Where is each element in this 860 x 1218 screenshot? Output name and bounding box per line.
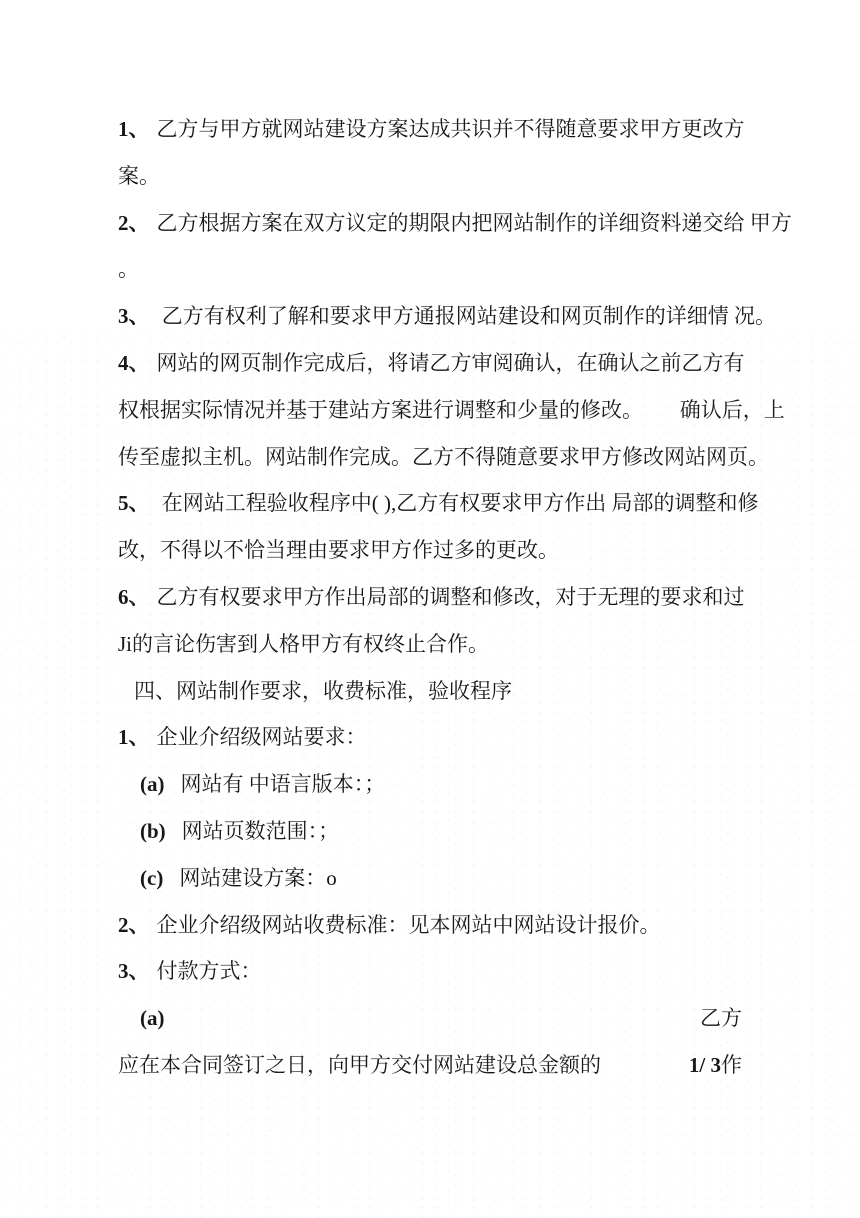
section-heading: 四、网站制作要求，收费标准，验收程序 — [118, 678, 742, 725]
line-text: 应在本合同签订之日，向甲方交付网站建设总金额的 — [118, 1052, 601, 1078]
line-text: 网站的网页制作完成后，将请乙方审阅确认，在确认之前乙方有 — [157, 350, 745, 376]
line-text: 案。 — [118, 163, 160, 189]
item-number: 5、 — [118, 490, 150, 516]
fraction-text: 1/ 3 — [689, 1053, 721, 1077]
line-right-suffix: 作 — [721, 1053, 742, 1077]
paragraph-line: 应在本合同签订之日，向甲方交付网站建设总金额的 1/ 3作 — [118, 1052, 742, 1099]
paragraph-line: 改，不得以不恰当理由要求甲方作过多的更改。 — [118, 537, 742, 584]
paragraph-line: 2、 企业介绍级网站收费标准：见本网站中网站设计报价。 — [118, 912, 742, 959]
paragraph-line: 5、 在网站工程验收程序中( ),乙方有权要求甲方作出 局部的调整和修 — [118, 490, 742, 537]
sub-item-line: (b) 网站页数范围：； — [118, 818, 742, 865]
line-text: 网站建设方案：o — [179, 865, 337, 891]
paragraph-line: 。 — [118, 256, 742, 303]
sub-item-letter: (b) — [140, 818, 166, 844]
item-number: 2、 — [118, 210, 150, 236]
paragraph-line: Ji的言论伤害到人格甲方有权终止合作。 — [118, 631, 742, 678]
item-number: 3、 — [118, 303, 150, 329]
sub-item-line: (a) 网站有 中语言版本：； — [118, 771, 742, 818]
line-text: 传至虚拟主机。网站制作完成。乙方不得随意要求甲方修改网站网页。 — [118, 444, 769, 470]
line-text: Ji的言论伤害到人格甲方有权终止合作。 — [118, 631, 489, 657]
paragraph-line: 2、 乙方根据方案在双方议定的期限内把网站制作的详细资料递交给 甲方 — [118, 210, 742, 257]
paragraph-line: 4、 网站的网页制作完成后，将请乙方审阅确认，在确认之前乙方有 — [118, 350, 742, 397]
item-number: 3、 — [118, 958, 150, 984]
paragraph-line: 3、 乙方有权利了解和要求甲方通报网站建设和网页制作的详细情 况。 — [118, 303, 742, 350]
line-text: 企业介绍级网站收费标准：见本网站中网站设计报价。 — [157, 912, 661, 938]
line-text: 乙方与甲方就网站建设方案达成共识并不得随意要求甲方更改方 — [157, 116, 745, 142]
document-page: 1、 乙方与甲方就网站建设方案达成共识并不得随意要求甲方更改方 案。 2、 乙方… — [0, 0, 860, 1218]
line-text: 在网站工程验收程序中( ),乙方有权要求甲方作出 局部的调整和修 — [157, 490, 759, 516]
item-number: 1、 — [118, 116, 150, 142]
paragraph-line: 3、 付款方式： — [118, 958, 742, 1005]
line-text: 付款方式： — [157, 958, 262, 984]
line-text: 网站有 中语言版本：； — [181, 771, 386, 797]
line-text: 乙方有权利了解和要求甲方通报网站建设和网页制作的详细情 况。 — [157, 303, 777, 329]
paragraph-line: 传至虚拟主机。网站制作完成。乙方不得随意要求甲方修改网站网页。 — [118, 444, 742, 491]
line-right-text: 乙方 — [700, 1005, 742, 1031]
line-text: 网站页数范围：； — [182, 818, 340, 844]
line-text: 改，不得以不恰当理由要求甲方作过多的更改。 — [118, 537, 559, 563]
item-number: 1、 — [118, 724, 150, 750]
line-right-text: 1/ 3作 — [689, 1052, 742, 1078]
paragraph-line: 6、 乙方有权要求甲方作出局部的调整和修改，对于无理的要求和过 — [118, 584, 742, 631]
item-number: 4、 — [118, 350, 150, 376]
paragraph-line: 权根据实际情况并基于建站方案进行调整和少量的修改。 确认后，上 — [118, 397, 742, 444]
sub-item-letter: (a) — [140, 771, 165, 797]
sub-item-line: (c) 网站建设方案：o — [118, 865, 742, 912]
line-text: 。 — [118, 256, 139, 282]
line-text: 企业介绍级网站要求： — [157, 724, 367, 750]
line-text: 乙方根据方案在双方议定的期限内把网站制作的详细资料递交给 甲方 — [157, 210, 792, 236]
item-number: 6、 — [118, 584, 150, 610]
sub-item-line: (a) 乙方 — [118, 1005, 742, 1052]
sub-item-letter: (c) — [140, 865, 163, 891]
line-text: 乙方有权要求甲方作出局部的调整和修改，对于无理的要求和过 — [157, 584, 745, 610]
paragraph-line: 案。 — [118, 163, 742, 210]
section-heading-text: 四、网站制作要求，收费标准，验收程序 — [134, 678, 512, 704]
line-text: 权根据实际情况并基于建站方案进行调整和少量的修改。 确认后，上 — [118, 397, 785, 423]
paragraph-line: 1、 企业介绍级网站要求： — [118, 724, 742, 771]
item-number: 2、 — [118, 912, 150, 938]
paragraph-line: 1、 乙方与甲方就网站建设方案达成共识并不得随意要求甲方更改方 — [118, 116, 742, 163]
sub-item-letter: (a) — [140, 1005, 165, 1031]
